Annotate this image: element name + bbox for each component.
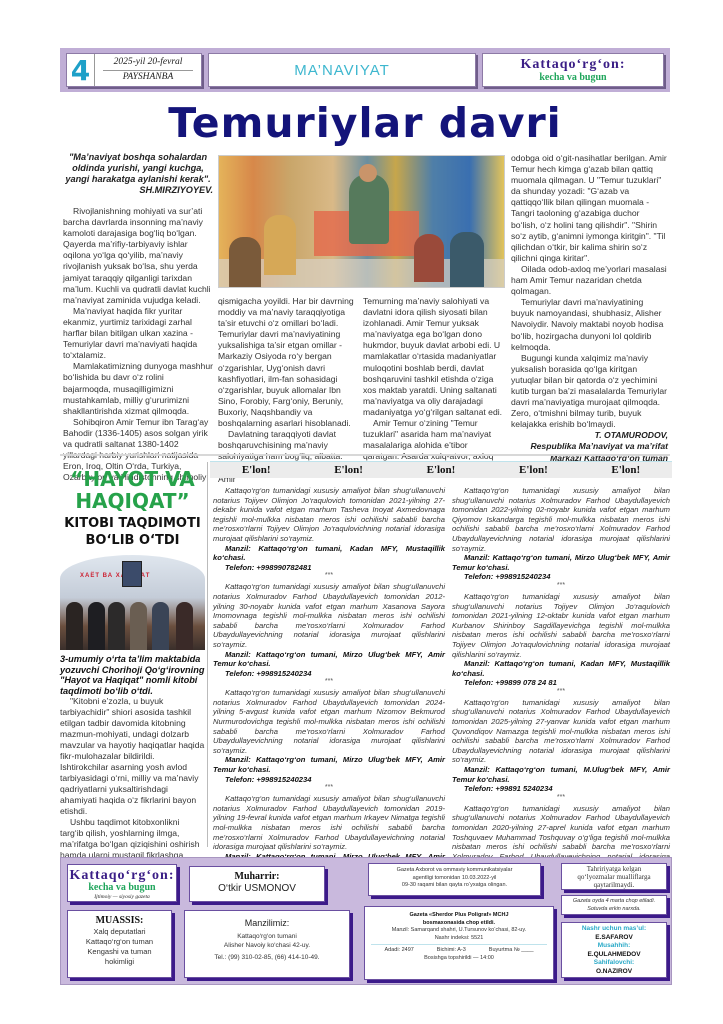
announcement-address: Manzil: Kattaqo‘rg‘on tumani, Kadan MFY,… xyxy=(213,544,445,563)
staff-role: Nashr uchun mas’ul: xyxy=(562,925,666,934)
announcement-phone: Telefon: +998990782481 xyxy=(213,563,445,573)
page-header: 4 2025-yil 20-fevral PAYSHANBA MA’NAVIYA… xyxy=(60,48,670,92)
announcement: Kattaqo‘rg‘on tumanidagi xususiy amaliyo… xyxy=(213,582,445,686)
notice-line: Tahririyatga kelgan xyxy=(562,865,666,873)
story-headline: “HAYOT VA HAQIQAT” xyxy=(60,468,205,512)
elon-label: E'lon! xyxy=(427,464,456,476)
founder-line: Xalq deputatlari xyxy=(68,927,171,937)
registration-box: Gazeta Axborot va ommaviy kommunikatsiya… xyxy=(368,863,541,896)
founder-line: Kattaqo‘rg‘on tuman xyxy=(68,937,171,947)
event-photo: ХАЁТ ВА ХАКИКАТ xyxy=(60,555,205,650)
announcement-body: Kattaqo‘rg‘on tumanidagi xususiy amaliyo… xyxy=(213,582,445,649)
article-column-1: "Ma’naviyat boshqa sohalardan oldinda yu… xyxy=(63,152,213,483)
paragraph: Temurning ma’naviy salohiyati va davlatn… xyxy=(363,296,503,418)
founder-label: MUASSIS: xyxy=(68,915,171,927)
notice-line: qo‘lyozmalar mualliflarga xyxy=(562,873,666,881)
print-details: Adadi: 2497 Bichimi: A-3 Buyurtma № ____ xyxy=(365,947,553,955)
registration-line: Gazeta Axborot va ommaviy kommunikatsiya… xyxy=(369,867,540,875)
elon-label: E'lon! xyxy=(519,464,548,476)
article-column-3: Temurning ma’naviy salohiyati va davlatn… xyxy=(363,296,503,474)
date: 2025-yil 20-fevral xyxy=(103,56,193,71)
address-line: Alisher Navoiy ko‘chasi 42-uy. xyxy=(185,941,349,950)
order-number: Buyurtma № ____ xyxy=(489,947,534,955)
format: Bichimi: A-3 xyxy=(437,947,466,955)
staff-name: O.NAZIROV xyxy=(562,968,666,977)
address-label: Manzilimiz: xyxy=(185,917,349,929)
frequency-line: Gazeta oyda 4 marta chop etiladi. xyxy=(562,898,666,906)
staff-role: Sahifalovchi: xyxy=(562,959,666,968)
footer-tagline: Ijtimoiy — siyosiy gazeta xyxy=(68,893,176,901)
paragraph: Mamlakatimizning dunyoga mashhur bo‘lish… xyxy=(63,361,213,416)
separator-stars: *** xyxy=(452,794,670,802)
section-divider xyxy=(60,454,670,456)
announcement: Kattaqo‘rg‘on tumanidagi xususiy amaliyo… xyxy=(213,688,445,792)
epigraph-author: SH.MIRZIYOYEV. xyxy=(63,185,213,196)
elon-label: E'lon! xyxy=(611,464,640,476)
paragraph: Ma’naviyat haqida fikr yuritar ekanmiz, … xyxy=(63,306,213,361)
announcement: Kattaqo‘rg‘on tumanidagi xususiy amaliyo… xyxy=(452,698,670,802)
page-number-date-box: 4 2025-yil 20-fevral PAYSHANBA xyxy=(66,53,202,87)
epigraph: "Ma’naviyat boshqa sohalardan oldinda yu… xyxy=(63,152,213,196)
founder-box: MUASSIS: Xalq deputatlari Kattaqo‘rg‘on … xyxy=(67,910,172,978)
printer-box: Gazeta «Sherdor Plus Poligraf» MCHJ bosm… xyxy=(364,906,554,980)
column-rule xyxy=(207,462,208,847)
address-line: Kattaqo‘rg‘on tumani xyxy=(185,932,349,941)
notice-line: qaytarilmaydi. xyxy=(562,881,666,889)
circulation: Adadi: 2497 xyxy=(384,947,413,955)
epigraph-text: "Ma’naviyat boshqa sohalardan oldinda yu… xyxy=(65,152,210,184)
announcement-address: Manzil: Kattaqo‘rg‘on tumani, Mirzo Ulug… xyxy=(213,650,445,669)
imprint-footer: Kattaqo‘rg‘on: kecha va bugun Ijtimoiy —… xyxy=(60,857,672,985)
announcement-body: Kattaqo‘rg‘on tumanidagi xususiy amaliyo… xyxy=(452,592,670,659)
announcement-phone: Telefon: +99899 078 24 81 xyxy=(452,678,670,688)
separator-stars: *** xyxy=(452,582,670,590)
announcement-phone: Telefon: +998915240234 xyxy=(213,669,445,679)
staff-role: Musahhih: xyxy=(562,942,666,951)
footer-brand: Kattaqo‘rg‘on: xyxy=(68,868,176,883)
weekday: PAYSHANBA xyxy=(95,71,201,84)
separator-stars: *** xyxy=(213,784,445,792)
printer-note: bosmaxonasida chop etildi. xyxy=(365,920,553,928)
brand-subtitle: kecha va bugun xyxy=(483,72,663,83)
masthead-logo: Kattaqo‘rg‘on: kecha va bugun xyxy=(482,53,664,87)
separator-stars: *** xyxy=(213,678,445,686)
article-column-4: odobga oid o‘git-nasihatlar berilgan. Am… xyxy=(511,153,668,475)
announcement-phone: Telefon: +998915240234 xyxy=(213,775,445,785)
book-presentation-story: “HAYOT VA HAQIQAT” KITOBI TAQDIMOTI BO‘L… xyxy=(60,460,205,883)
editor-label: Muharrir: xyxy=(190,871,324,883)
address-box: Manzilimiz: Kattaqo‘rg‘on tumani Alisher… xyxy=(184,910,350,978)
staff-box: Nashr uchun mas’ul: E.SAFAROV Musahhih: … xyxy=(561,922,667,978)
printer-name: Gazeta «Sherdor Plus Poligraf» MCHJ xyxy=(365,912,553,920)
announcement-address: Manzil: Kattaqo‘rg‘on tumani, Mirzo Ulug… xyxy=(213,755,445,774)
footer-logo-box: Kattaqo‘rg‘on: kecha va bugun Ijtimoiy —… xyxy=(67,864,177,902)
separator-stars: *** xyxy=(213,572,445,580)
paragraph: qismigacha yoyildi. Har bir davrning mod… xyxy=(218,296,358,429)
announcement-address: Manzil: Kattaqo‘rg‘on tumani, Mirzo Ulug… xyxy=(452,553,670,572)
paragraph: Bugungi kunda xalqimiz ma’naviy yuksalis… xyxy=(511,353,668,431)
paragraph: "Kitobni e’zozla, u buyuk tarbiyachidir"… xyxy=(60,696,205,817)
section-name: MA’NAVIYAT xyxy=(208,53,476,87)
elon-label: E'lon! xyxy=(242,464,271,476)
announcement: Kattaqo‘rg‘on tumanidagi xususiy amaliyo… xyxy=(213,486,445,580)
announcement-phone: Telefon: +99891 5240234 xyxy=(452,784,670,794)
brand-name: Kattaqo‘rg‘on: xyxy=(483,57,663,72)
announcement-body: Kattaqo‘rg‘on tumanidagi xususiy amaliyo… xyxy=(213,688,445,755)
page-number: 4 xyxy=(67,54,95,86)
announcement-phone: Telefon: +998915240234 xyxy=(452,572,670,582)
article-column-2: qismigacha yoyildi. Har bir davrning mod… xyxy=(218,296,358,485)
announcements-left-column: Kattaqo‘rg‘on tumanidagi xususiy amaliyo… xyxy=(213,486,445,891)
frequency-box: Gazeta oyda 4 marta chop etiladi. Sotuvd… xyxy=(561,895,667,915)
editor-name: O‘tkir USMONOV xyxy=(190,883,324,895)
announcement-body: Kattaqo‘rg‘on tumanidagi xususiy amaliyo… xyxy=(213,486,445,544)
phone-line: Tel.: (99) 310-02-85, (66) 414-10-49. xyxy=(185,953,349,962)
announcement-body: Kattaqo‘rg‘on tumanidagi xususiy amaliyo… xyxy=(452,486,670,553)
paragraph: Rivojlanishning mohiyati va sur’ati barc… xyxy=(63,206,213,306)
registration-line: 09-30 raqami bilan qayta ro‘yxatga oling… xyxy=(369,882,540,890)
announcement-body: Kattaqo‘rg‘on tumanidagi xususiy amaliyo… xyxy=(213,794,445,852)
temur-miniature-illustration xyxy=(218,155,505,288)
author-name: T. OTAMURODOV, xyxy=(511,430,668,441)
separator-stars: *** xyxy=(452,688,670,696)
print-index: Nashr indeksi: 5521 xyxy=(371,935,547,946)
print-deadline: Bosishga topshirildi — 14:00 xyxy=(365,955,553,963)
staff-name: E.SAFAROV xyxy=(562,934,666,943)
announcement: Kattaqo‘rg‘on tumanidagi xususiy amaliyo… xyxy=(452,486,670,590)
announcement-address: Manzil: Kattaqo‘rg‘on tumani, M.Ulug‘bek… xyxy=(452,765,670,784)
founder-line: hokimligi xyxy=(68,957,171,967)
announcement-address: Manzil: Kattaqo‘rg‘on tumani, Kadan MFY,… xyxy=(452,659,670,678)
announcement-body: Kattaqo‘rg‘on tumanidagi xususiy amaliyo… xyxy=(452,698,670,765)
announcement: Kattaqo‘rg‘on tumanidagi xususiy amaliyo… xyxy=(452,592,670,696)
announcements-header: E'lon! E'lon! E'lon! E'lon! E'lon! xyxy=(210,461,672,478)
story-body: "Kitobni e’zozla, u buyuk tarbiyachidir"… xyxy=(60,696,205,883)
announcements-right-column: Kattaqo‘rg‘on tumanidagi xususiy amaliyo… xyxy=(452,486,670,902)
story-subheadline: KITOBI TAQDIMOTI BO‘LIB O‘TDI xyxy=(60,515,205,549)
printer-address: Manzil: Samarqand shahri, U.Tursunov ko‘… xyxy=(365,927,553,935)
paragraph: odobga oid o‘git-nasihatlar berilgan. Am… xyxy=(511,153,668,264)
staff-name: E.QULAHMEDOV xyxy=(562,951,666,960)
elon-label: E'lon! xyxy=(334,464,363,476)
frequency-line: Sotuvda erkin narxda. xyxy=(562,906,666,914)
editor-box: Muharrir: O‘tkir USMONOV xyxy=(189,866,325,902)
founder-line: Kengashi va tuman xyxy=(68,947,171,957)
paragraph: Oilada odob-axloq me’yorlari masalasi ha… xyxy=(511,264,668,297)
manuscript-notice-box: Tahririyatga kelgan qo‘lyozmalar muallif… xyxy=(561,863,667,890)
footer-brand-subtitle: kecha va bugun xyxy=(68,883,176,893)
registration-line: agentligi tomonidan 10.03.2022-yil xyxy=(369,875,540,883)
issue-date: 2025-yil 20-fevral PAYSHANBA xyxy=(95,56,201,84)
story-lead: 3-umumiy o‘rta ta’lim maktabida yozuvchi… xyxy=(60,654,205,696)
paragraph: Temuriylar davri ma’naviyatining buyuk n… xyxy=(511,297,668,352)
